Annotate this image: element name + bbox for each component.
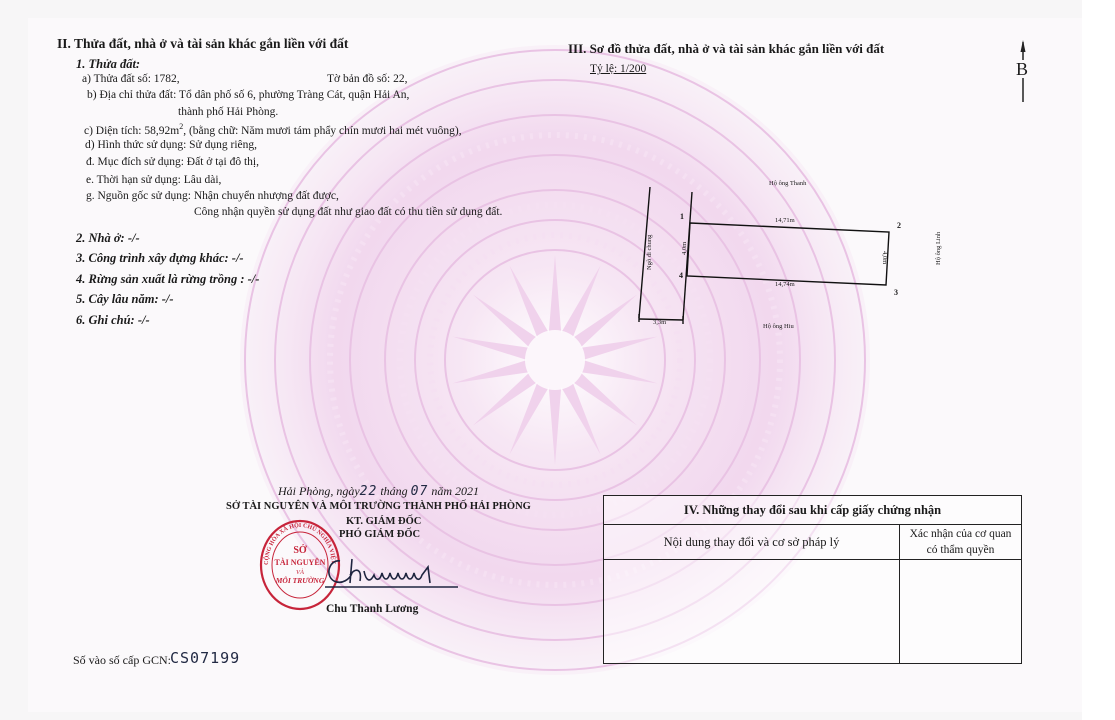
land-address-line2: thành phố Hải Phòng.: [178, 106, 278, 118]
edge-top-length: 14,71m: [775, 217, 795, 224]
usage-purpose: đ. Mục đích sử dụng: Đất ở tại đô thị,: [86, 156, 259, 168]
land-area: c) Diện tích: 58,92m2, (bằng chữ: Năm mư…: [84, 122, 462, 137]
north-label: B: [1016, 59, 1028, 80]
stamp-line-4: MÔI TRƯỜNG: [275, 575, 325, 585]
usage-form: d) Hình thức sử dụng: Sử dụng riêng,: [85, 139, 257, 151]
neighbor-east: Hộ ông Linh: [935, 232, 942, 265]
gcn-registry-label: Số vào số cấp GCN:: [73, 653, 171, 668]
edge-right-length: 4,0m: [881, 251, 888, 264]
alley-label: Ngõ đi chung: [646, 235, 653, 270]
issue-date: Hải Phòng, ngày22 tháng 07 năm 2021: [278, 484, 479, 499]
edge-left-length: 4,0m: [681, 242, 688, 255]
section-2-title: II. Thửa đất, nhà ở và tài sản khác gắn …: [57, 36, 348, 52]
handwritten-signature: [320, 553, 470, 595]
scan-edge: [1082, 0, 1115, 720]
signer-title-2: PHÓ GIÁM ĐỐC: [339, 529, 420, 540]
change-content-cell: [604, 560, 900, 664]
gcn-registry-number: CS07199: [170, 649, 240, 667]
column-change-content: Nội dung thay đổi và cơ sở pháp lý: [604, 525, 900, 560]
stamp-line-2: TÀI NGUYÊN: [275, 557, 326, 567]
map-scale: Tỷ lệ: 1/200: [590, 63, 646, 75]
other-construction-item: 3. Công trình xây dựng khác: -/-: [76, 251, 244, 266]
point-4: 4: [679, 271, 683, 280]
house-item: 2. Nhà ở: -/-: [76, 231, 140, 246]
notes-item: 6. Ghi chú: -/-: [76, 313, 150, 328]
issuing-authority: SỞ TÀI NGUYÊN VÀ MÔI TRƯỜNG THÀNH PHỐ HẢ…: [226, 501, 531, 512]
signer-title-1: KT. GIÁM ĐỐC: [346, 516, 421, 527]
neighbor-south: Hộ ông Hiu: [763, 323, 794, 330]
section-4-title: IV. Những thay đổi sau khi cấp giấy chứn…: [604, 496, 1022, 525]
perennial-tree-item: 5. Cây lâu năm: -/-: [76, 292, 174, 307]
map-sheet-number: Tờ bản đồ số: 22,: [327, 73, 408, 85]
changes-table: IV. Những thay đổi sau khi cấp giấy chứn…: [603, 495, 1022, 664]
alley-width: 3,3m: [653, 319, 666, 326]
authority-confirmation-cell: [900, 560, 1022, 664]
usage-term: e. Thời hạn sử dụng: Lâu dài,: [86, 174, 221, 186]
column-authority-confirmation: Xác nhận của cơ quancó thẩm quyền: [900, 525, 1022, 560]
signer-name: Chu Thanh Lương: [326, 603, 418, 615]
usage-origin-line2: Công nhận quyền sử dụng đất như giao đất…: [194, 206, 502, 218]
point-3: 3: [894, 288, 898, 297]
edge-bottom-length: 14,74m: [775, 281, 795, 288]
parcel-diagram: [630, 170, 960, 340]
land-heading: 1. Thửa đất:: [76, 57, 140, 72]
planted-forest-item: 4. Rừng sản xuất là rừng trồng : -/-: [76, 272, 259, 287]
stamp-line-1: SỞ: [293, 544, 307, 556]
land-address-line1: b) Địa chỉ thửa đất: Tổ dân phố số 6, ph…: [87, 89, 409, 101]
parcel-number: a) Thửa đất số: 1782,: [82, 73, 180, 85]
section-3-title: III. Sơ đồ thửa đất, nhà ở và tài sản kh…: [568, 41, 884, 57]
point-1: 1: [680, 212, 684, 221]
point-2: 2: [897, 221, 901, 230]
table-row: [604, 560, 1022, 664]
stamp-line-3: VÀ: [296, 568, 304, 576]
neighbor-north: Hộ ông Thanh: [769, 180, 806, 187]
usage-origin-line1: g. Nguồn gốc sử dụng: Nhận chuyển nhượng…: [86, 190, 339, 202]
